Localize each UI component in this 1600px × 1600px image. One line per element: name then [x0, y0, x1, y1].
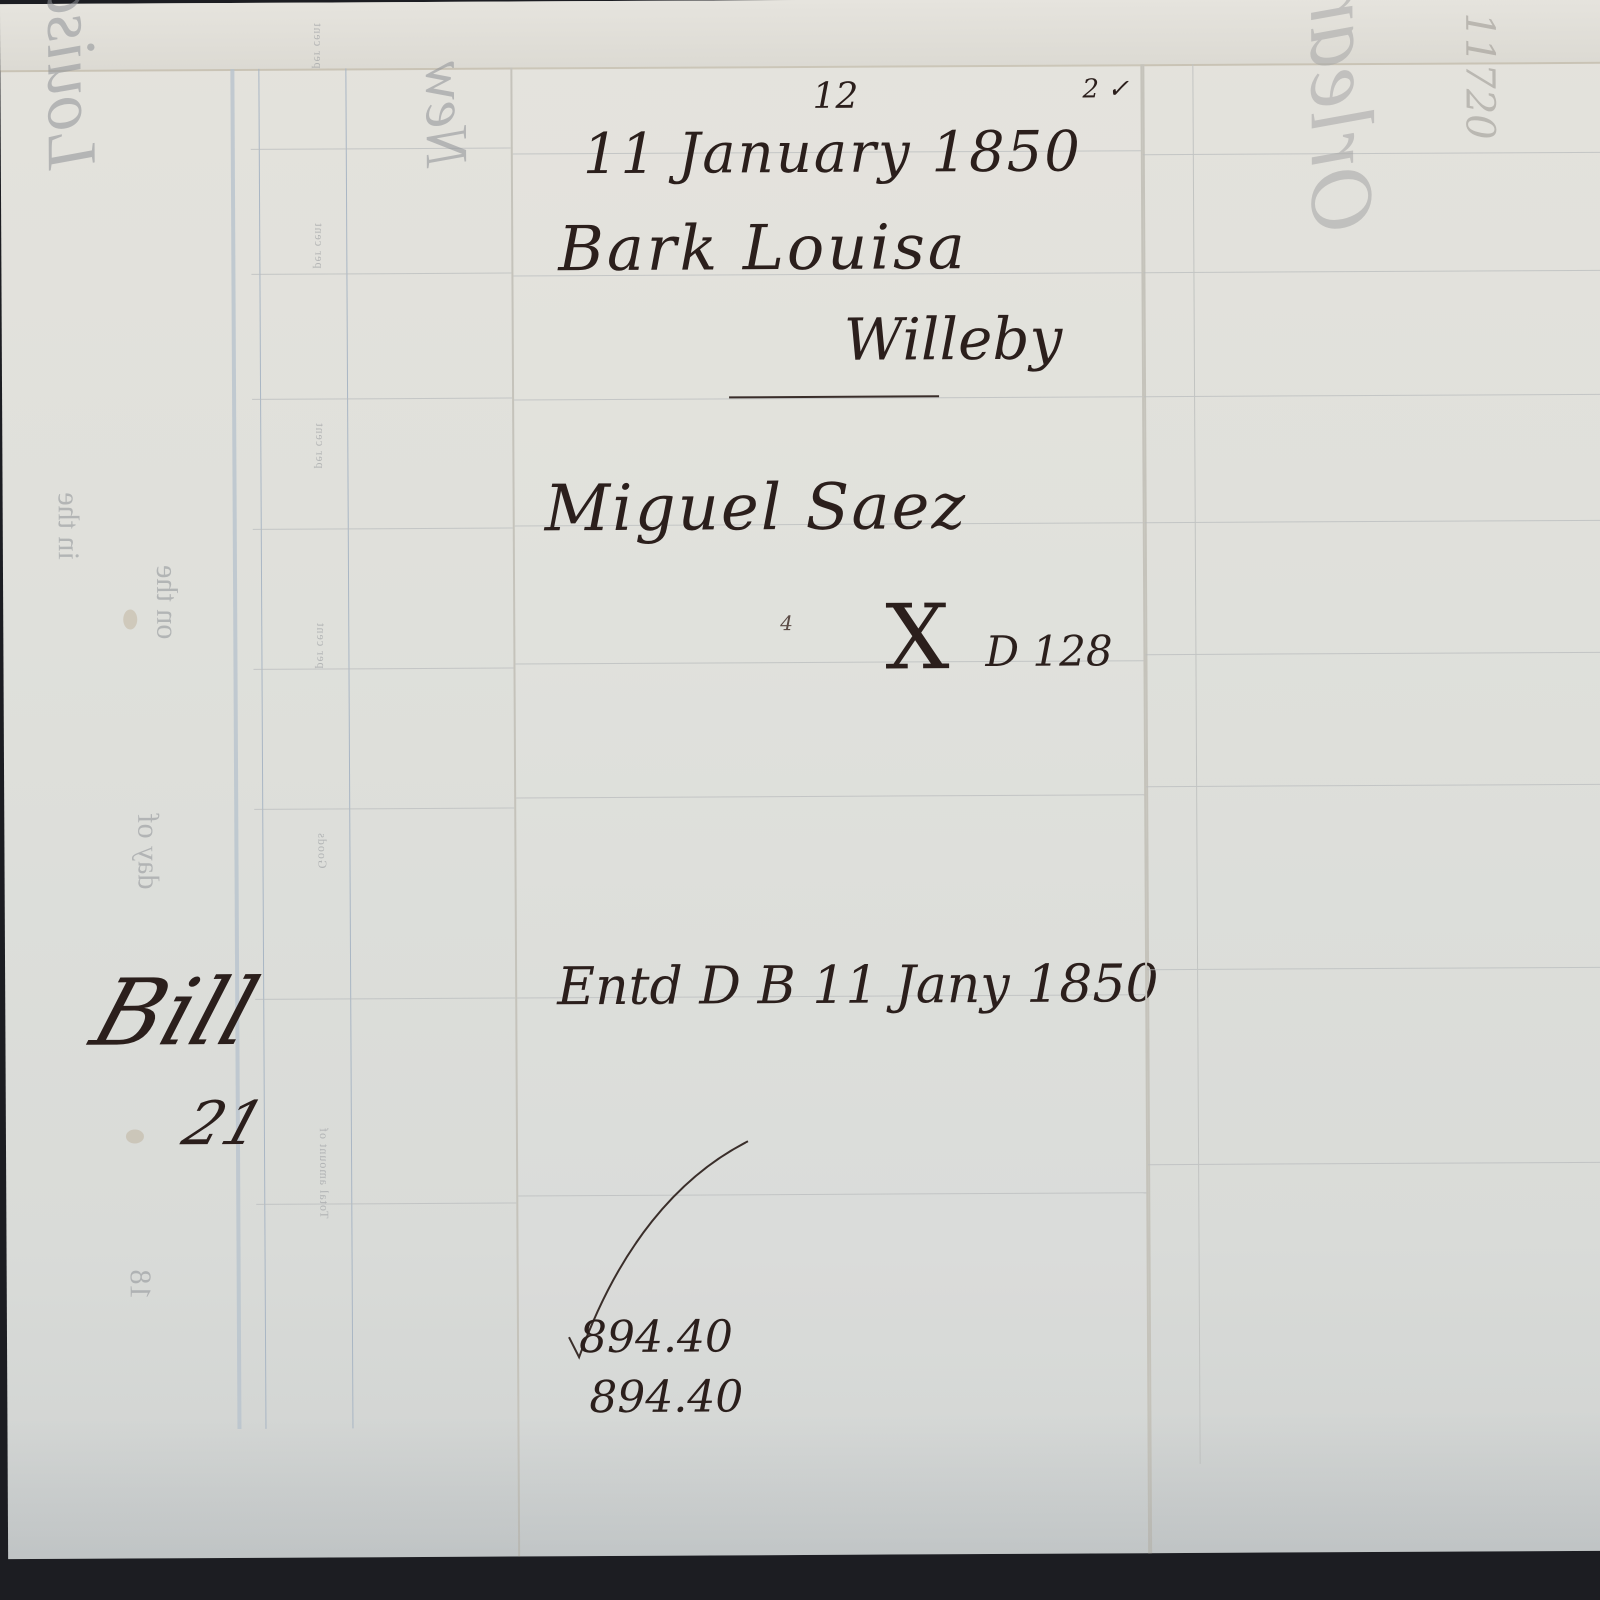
bleed-header: per cent [312, 422, 327, 468]
entry-column: 12 2 ✓ 11 January 1850 Bark Louisa Wille… [510, 64, 1152, 1556]
bleed-on-the: on the [149, 565, 183, 639]
bleed-year: 18 [123, 1269, 157, 1299]
right-column: Orleans 11720 [1140, 62, 1600, 1553]
row-line [253, 528, 513, 530]
entry-number: 12 [812, 76, 858, 117]
row-line [1147, 967, 1600, 970]
row-line [253, 668, 513, 670]
mark-note: 4 [780, 611, 793, 635]
check-mark-top: 2 ✓ [1082, 74, 1129, 104]
row-line [1146, 784, 1600, 787]
page-shadow [7, 1411, 1600, 1559]
row-line [256, 1203, 516, 1205]
entered-note: Entd D B 11 Jany 1850 [557, 954, 1159, 1017]
row-line [1145, 520, 1600, 523]
master-name: Willeby [844, 305, 1063, 374]
row-line [255, 998, 515, 1000]
bleed-script: New [411, 61, 481, 168]
bleed-in-the: in the [51, 492, 85, 560]
consignee-name: Miguel Saez [544, 470, 967, 546]
row-line [252, 398, 512, 400]
bleed-day-of: day of [130, 814, 164, 890]
top-right-number: 11720 [1456, 12, 1503, 139]
ledger-page: per cent per cent per cent per cent Good… [0, 0, 1600, 1559]
bill-number: 21 [175, 1089, 274, 1160]
ink-stain [123, 609, 137, 629]
vessel-name: Bark Louisa [558, 210, 968, 285]
row-line [254, 808, 514, 810]
bleed-header: per cent [311, 222, 326, 268]
left-printed-columns: per cent per cent per cent per cent Good… [0, 68, 518, 1560]
reference-number: D 128 [985, 626, 1112, 676]
column-rule [1192, 64, 1200, 1464]
entry-date: 11 January 1850 [583, 120, 1082, 188]
printed-rule [230, 69, 241, 1429]
bleed-header: per cent [310, 22, 325, 68]
amount-first: 894.40 [579, 1311, 733, 1363]
row-line [1148, 1162, 1600, 1165]
consignee-mark: X [885, 585, 950, 690]
ink-stain [126, 1129, 144, 1143]
bleed-header: Goods [314, 832, 329, 868]
row-line [1145, 652, 1600, 655]
row-line [1144, 394, 1600, 397]
bleed-header: per cent [313, 622, 328, 668]
bleed-script: Louisa [30, 0, 111, 170]
row-line [516, 794, 1146, 798]
row-line [1143, 270, 1600, 273]
bill-note: Bill [80, 959, 270, 1067]
bleed-script: Orleans [1289, 0, 1394, 233]
row-line [251, 273, 511, 275]
bleed-header: Total amount of [316, 1127, 331, 1219]
